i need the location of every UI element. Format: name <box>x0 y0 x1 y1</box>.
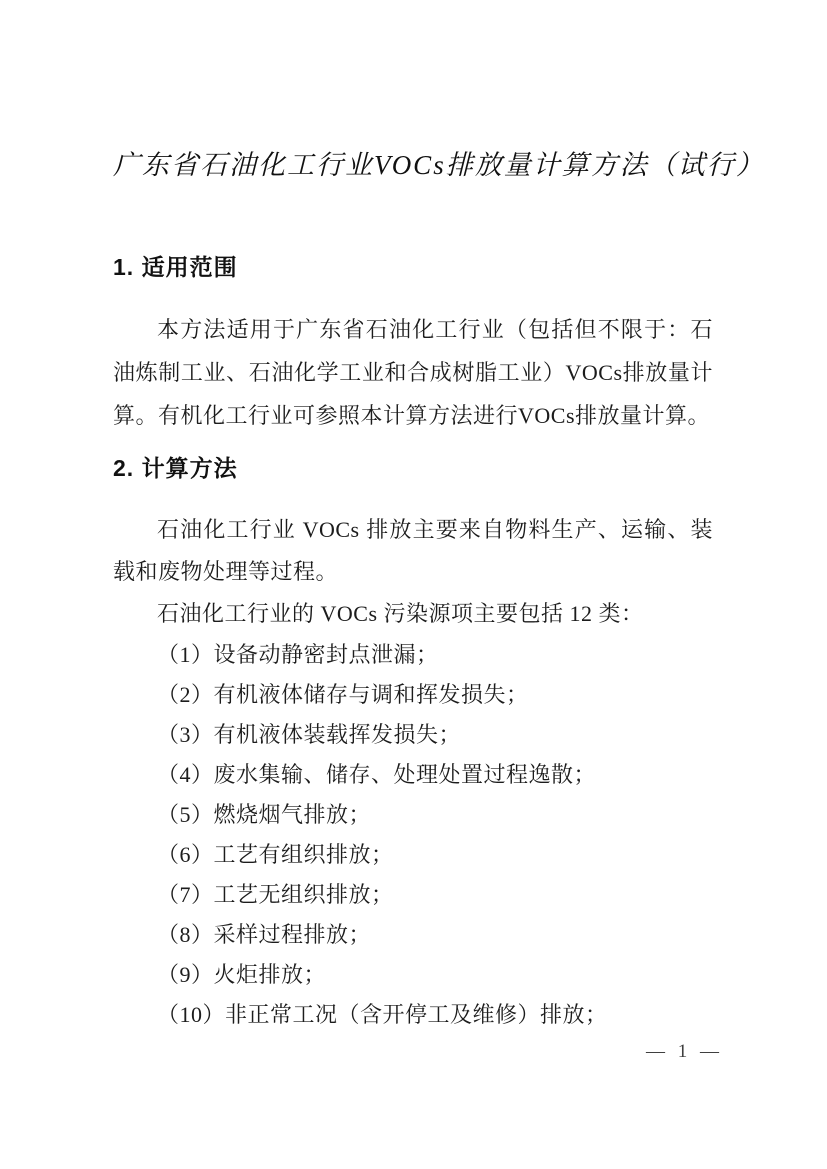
section-1-paragraph: 本方法适用于广东省石油化工行业（包括但不限于：石油炼制工业、石油化学工业和合成树… <box>113 308 713 437</box>
section-2-paragraph-1: 石油化工行业 VOCs 排放主要来自物料生产、运输、装载和废物处理等过程。 <box>113 509 713 593</box>
list-item: （6）工艺有组织排放； <box>113 835 713 875</box>
section-1-heading: 1. 适用范围 <box>113 252 713 282</box>
document-content: 广东省石油化工行业VOCs排放量计算方法（试行） 1. 适用范围 本方法适用于广… <box>113 0 713 1035</box>
document-page: 广东省石油化工行业VOCs排放量计算方法（试行） 1. 适用范围 本方法适用于广… <box>0 0 827 1169</box>
list-item: （3）有机液体装载挥发损失； <box>113 715 713 755</box>
list-item: （10）非正常工况（含开停工及维修）排放； <box>113 995 713 1035</box>
list-item: （4）废水集输、储存、处理处置过程逸散； <box>113 755 713 795</box>
list-item: （9）火炬排放； <box>113 955 713 995</box>
section-2-heading: 2. 计算方法 <box>113 453 713 483</box>
pollution-source-list: （1）设备动静密封点泄漏； （2）有机液体储存与调和挥发损失； （3）有机液体装… <box>113 635 713 1035</box>
page-number: — 1 — <box>646 1040 723 1064</box>
list-item: （8）采样过程排放； <box>113 915 713 955</box>
list-item: （1）设备动静密封点泄漏； <box>113 635 713 675</box>
list-item: （7）工艺无组织排放； <box>113 875 713 915</box>
document-title: 广东省石油化工行业VOCs排放量计算方法（试行） <box>113 146 713 184</box>
section-2-paragraph-2: 石油化工行业的 VOCs 污染源项主要包括 12 类： <box>113 593 713 635</box>
list-item: （5）燃烧烟气排放； <box>113 795 713 835</box>
list-item: （2）有机液体储存与调和挥发损失； <box>113 675 713 715</box>
